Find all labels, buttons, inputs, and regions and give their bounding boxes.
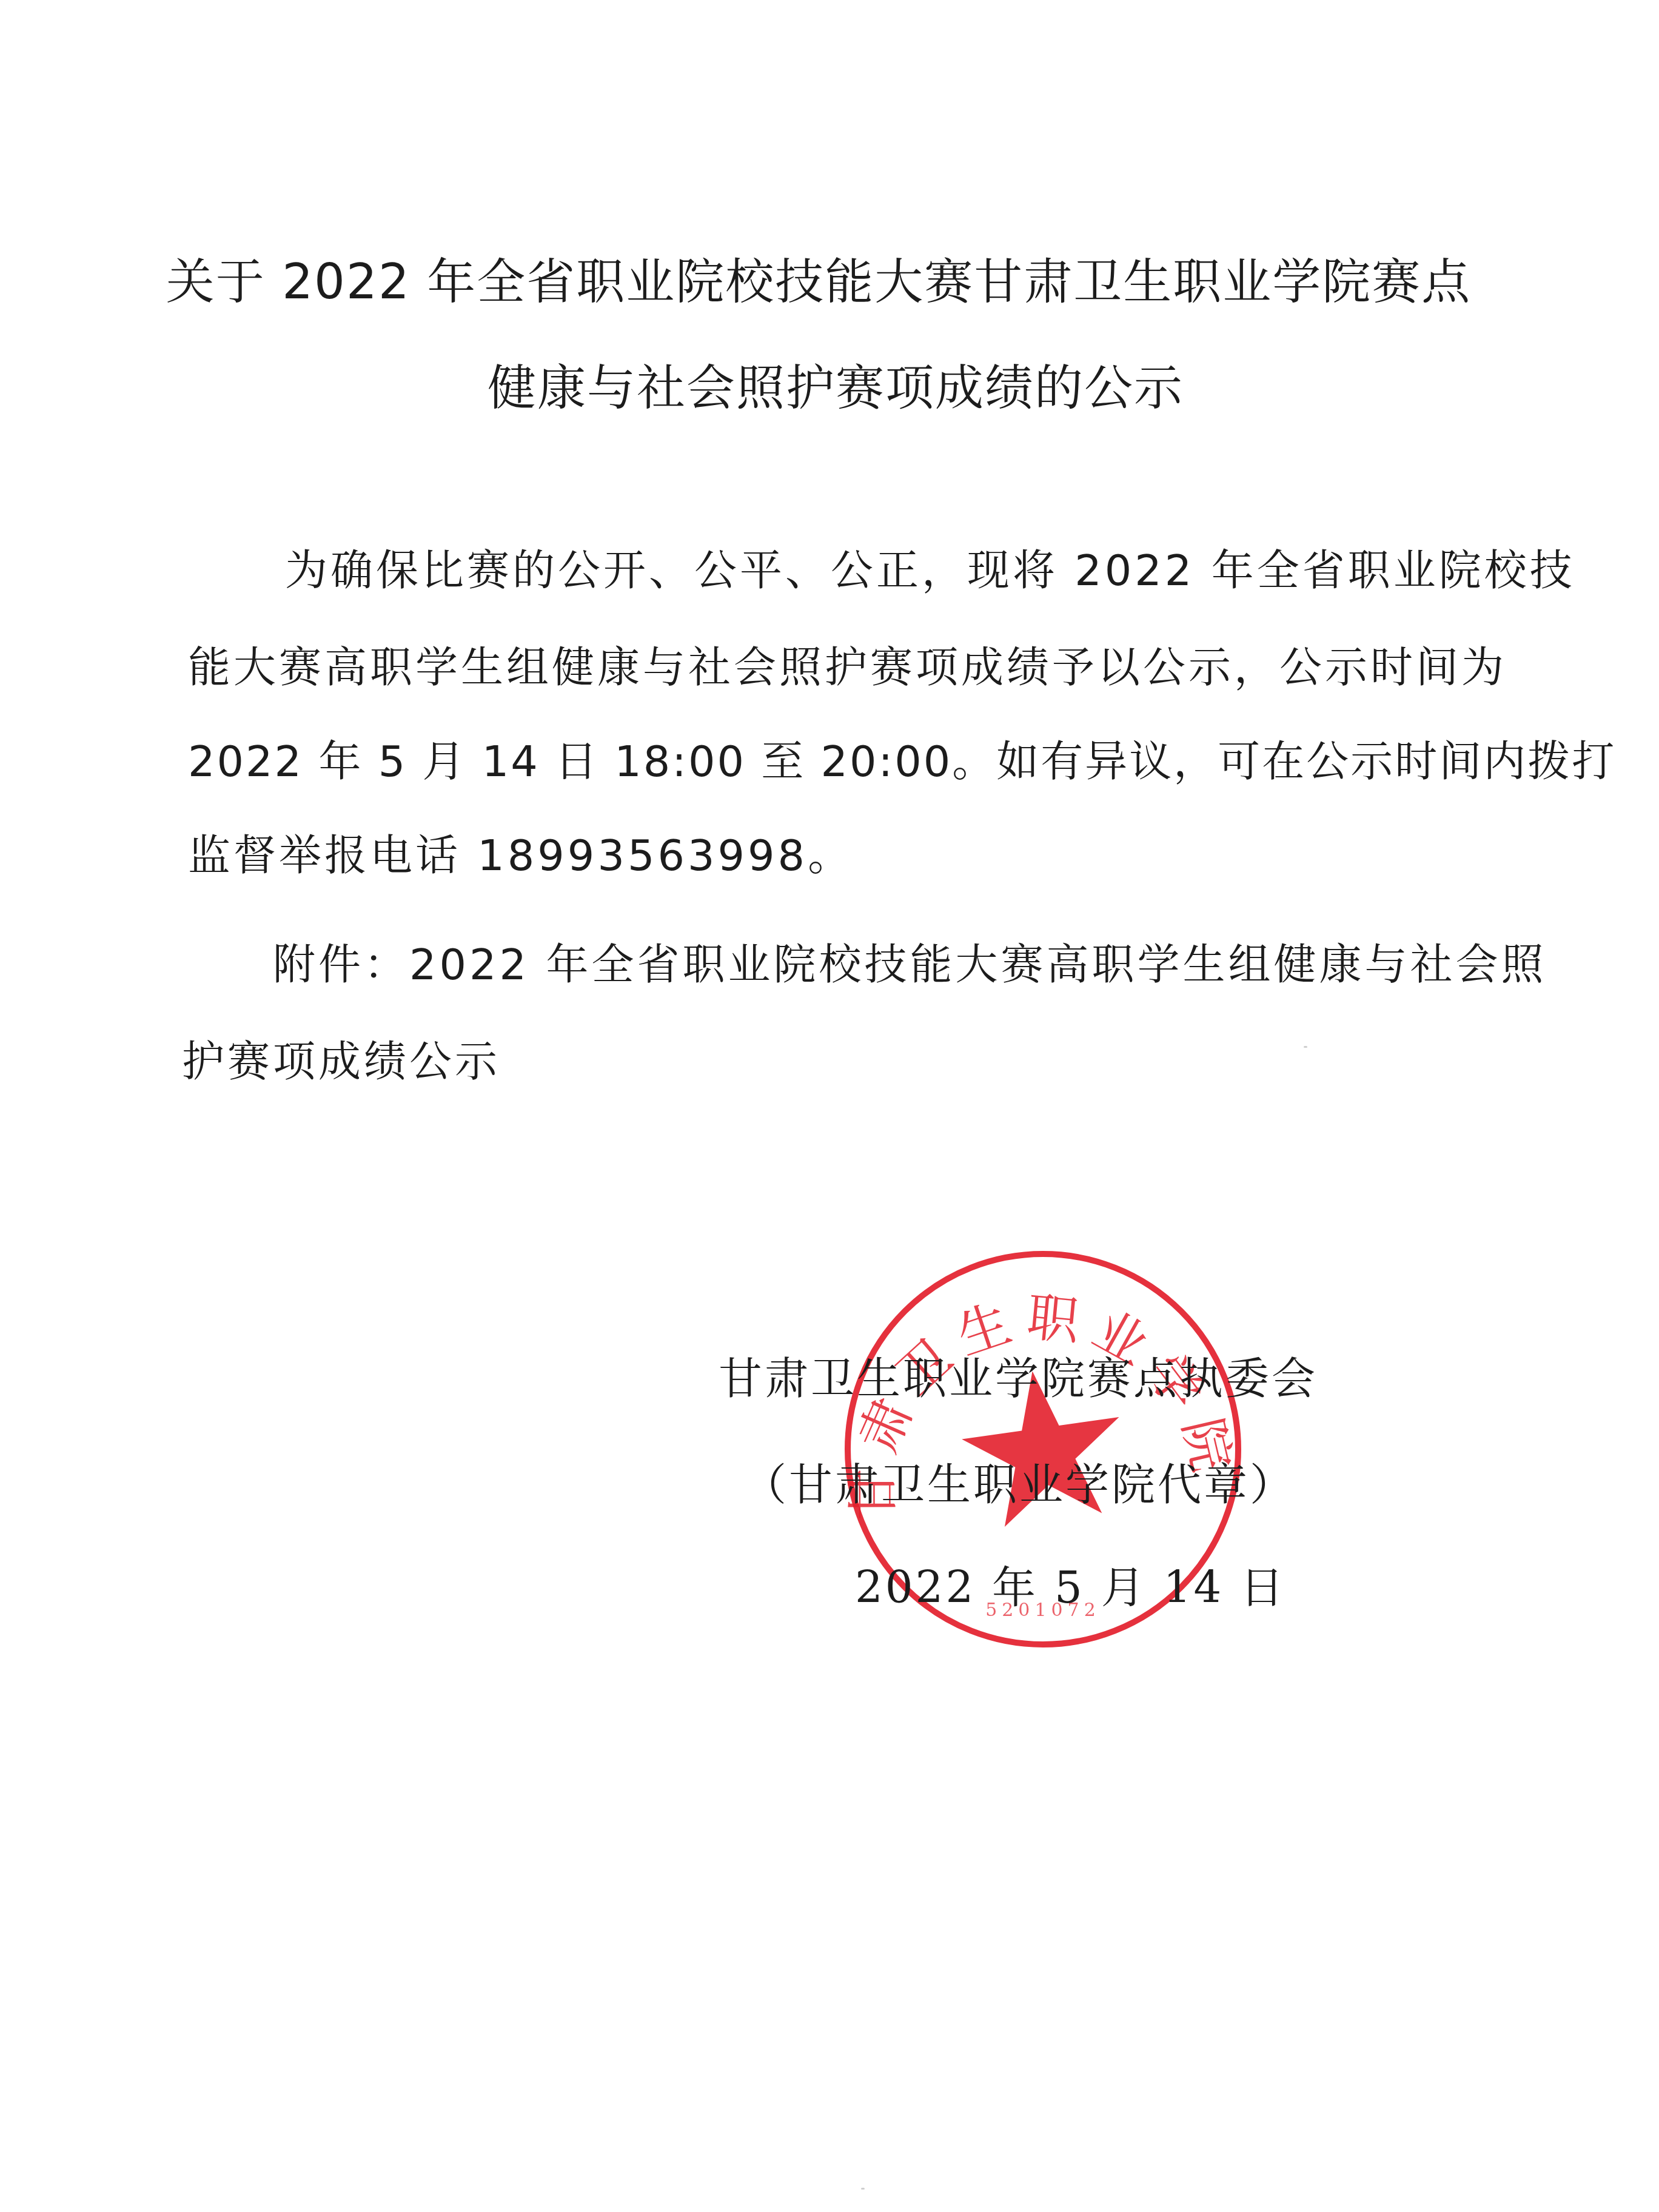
body-paragraph-line-4: 监督举报电话 18993563998。 [188, 822, 853, 883]
scan-speck [861, 2188, 865, 2190]
body-paragraph-line-2: 能大赛高职学生组健康与社会照护赛项成绩予以公示，公示时间为 [188, 634, 1507, 695]
body-paragraph-line-1: 为确保比赛的公开、公平、公正，现将 2022 年全省职业院校技 [285, 537, 1575, 598]
document-title-line-1: 关于 2022 年全省职业院校技能大赛甘肃卫生职业学院赛点 [0, 243, 1648, 312]
body-paragraph-line-3: 2022 年 5 月 14 日 18:00 至 20:00。如有异议，可在公示时… [188, 728, 1616, 789]
signing-organization: 甘肃卫生职业学院赛点执委会 [719, 1343, 1318, 1406]
signature-date: 2022 年 5 月 14 日 [855, 1552, 1286, 1615]
document-title-line-2: 健康与社会照护赛项成绩的公示 [6, 349, 1659, 418]
document-page: 关于 2022 年全省职业院校技能大赛甘肃卫生职业学院赛点 健康与社会照护赛项成… [0, 0, 1659, 2212]
proxy-seal-note: （甘肃卫生职业学院代章） [743, 1449, 1296, 1512]
attachment-line-2: 护赛项成绩公示 [182, 1028, 500, 1089]
scan-speck [1304, 1046, 1307, 1048]
attachment-line-1: 附件：2022 年全省职业院校技能大赛高职学生组健康与社会照 [273, 931, 1546, 992]
